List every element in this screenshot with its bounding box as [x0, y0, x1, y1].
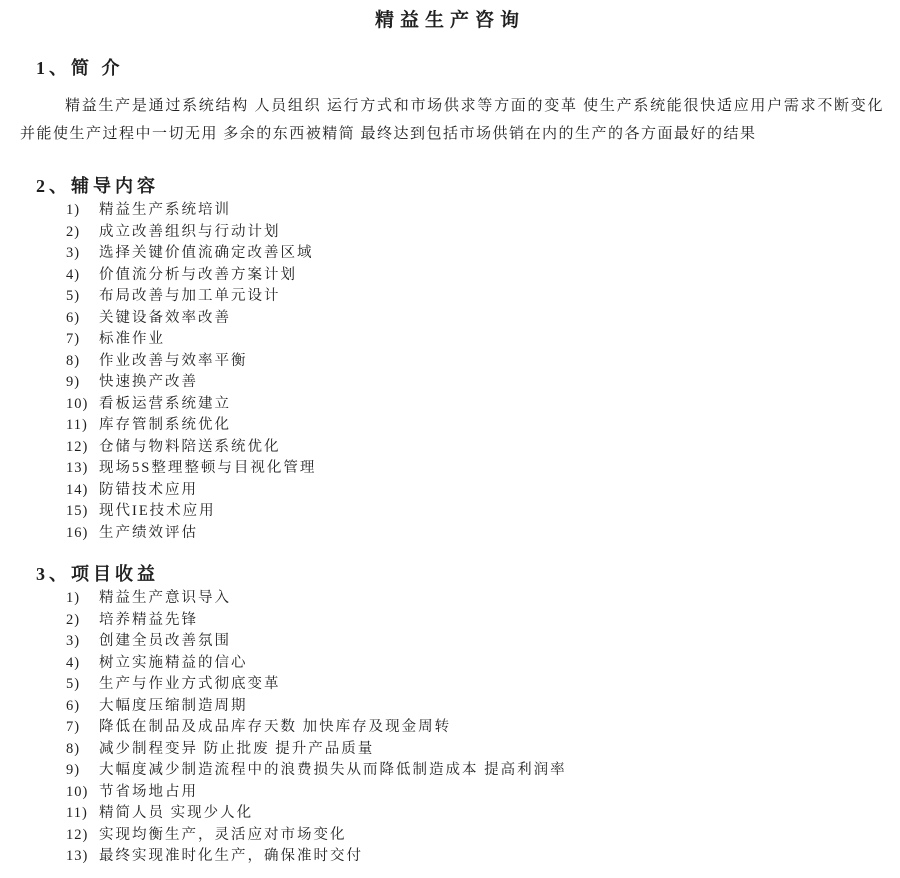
- list-item-number: 4): [66, 265, 99, 287]
- list-item-text: 精益生产系统培训: [99, 202, 231, 218]
- list-item: 6)关键设备效率改善: [66, 308, 900, 330]
- list-item-number: 6): [66, 696, 99, 718]
- list-item: 16)生产绩效评估: [66, 523, 900, 545]
- list-item: 4)树立实施精益的信心: [66, 653, 900, 675]
- section-benefits-heading: 3、项目收益: [36, 562, 900, 586]
- list-item-number: 7): [66, 329, 99, 351]
- list-item: 7)降低在制品及成品库存天数 加快库存及现金周转: [66, 717, 900, 739]
- list-item-text: 选择关键价值流确定改善区域: [99, 245, 314, 261]
- list-item-text: 关键设备效率改善: [99, 310, 231, 326]
- list-item-text: 减少制程变异 防止批废 提升产品质量: [99, 741, 374, 757]
- list-item-text: 生产绩效评估: [99, 525, 198, 541]
- list-item: 4)价值流分析与改善方案计划: [66, 265, 900, 287]
- list-item-text: 看板运营系统建立: [99, 396, 231, 412]
- list-item-text: 仓储与物料陪送系统优化: [99, 439, 281, 455]
- document-title: 精益生产咨询: [0, 0, 900, 34]
- list-item: 1)精益生产意识导入: [66, 588, 900, 610]
- list-item-text: 精益生产意识导入: [99, 590, 231, 606]
- section-coaching-heading: 2、辅导内容: [36, 174, 900, 198]
- list-item: 13)最终实现准时化生产，确保准时交付: [66, 846, 900, 868]
- list-item: 9)快速换产改善: [66, 372, 900, 394]
- list-item: 13)现场5S整理整顿与目视化管理: [66, 458, 900, 480]
- list-item-number: 2): [66, 610, 99, 632]
- list-item-number: 3): [66, 631, 99, 653]
- list-item-text: 精简人员 实现少人化: [99, 805, 253, 821]
- section-benefits: 3、项目收益 1)精益生产意识导入2)培养精益先锋3)创建全员改善氛围4)树立实…: [0, 562, 900, 868]
- list-item: 12)实现均衡生产，灵活应对市场变化: [66, 825, 900, 847]
- benefits-list: 1)精益生产意识导入2)培养精益先锋3)创建全员改善氛围4)树立实施精益的信心5…: [66, 588, 900, 868]
- list-item-number: 7): [66, 717, 99, 739]
- list-item-number: 10): [66, 394, 99, 416]
- list-item-number: 5): [66, 674, 99, 696]
- list-item-text: 现代IE技术应用: [99, 503, 216, 519]
- list-item-number: 14): [66, 480, 99, 502]
- list-item: 5)布局改善与加工单元设计: [66, 286, 900, 308]
- list-item-text: 大幅度压缩制造周期: [99, 698, 248, 714]
- list-item-number: 8): [66, 739, 99, 761]
- list-item: 3)创建全员改善氛围: [66, 631, 900, 653]
- list-item-text: 节省场地占用: [99, 784, 198, 800]
- list-item-number: 6): [66, 308, 99, 330]
- list-item-text: 现场5S整理整顿与目视化管理: [99, 460, 316, 476]
- list-item: 5)生产与作业方式彻底变革: [66, 674, 900, 696]
- section-intro-heading: 1、简 介: [36, 56, 900, 80]
- list-item-text: 防错技术应用: [99, 482, 198, 498]
- list-item-number: 4): [66, 653, 99, 675]
- list-item: 14)防错技术应用: [66, 480, 900, 502]
- list-item: 8)作业改善与效率平衡: [66, 351, 900, 373]
- list-item-text: 培养精益先锋: [99, 612, 198, 628]
- list-item-text: 生产与作业方式彻底变革: [99, 676, 281, 692]
- list-item: 9)大幅度减少制造流程中的浪费损失从而降低制造成本 提高利润率: [66, 760, 900, 782]
- list-item-text: 大幅度减少制造流程中的浪费损失从而降低制造成本 提高利润率: [99, 762, 567, 778]
- list-item: 6)大幅度压缩制造周期: [66, 696, 900, 718]
- list-item-text: 最终实现准时化生产，确保准时交付: [99, 848, 363, 864]
- list-item-text: 实现均衡生产，灵活应对市场变化: [99, 827, 347, 843]
- list-item-number: 12): [66, 437, 99, 459]
- list-item-number: 1): [66, 588, 99, 610]
- list-item-number: 11): [66, 803, 99, 825]
- list-item: 11)库存管制系统优化: [66, 415, 900, 437]
- list-item-number: 13): [66, 846, 99, 868]
- list-item-number: 9): [66, 760, 99, 782]
- document-page: 精益生产咨询 1、简 介 精益生产是通过系统结构 人员组织 运行方式和市场供求等…: [0, 0, 900, 878]
- list-item-text: 树立实施精益的信心: [99, 655, 248, 671]
- list-item: 2)成立改善组织与行动计划: [66, 222, 900, 244]
- list-item: 3)选择关键价值流确定改善区域: [66, 243, 900, 265]
- list-item-text: 作业改善与效率平衡: [99, 353, 248, 369]
- coaching-list: 1)精益生产系统培训2)成立改善组织与行动计划3)选择关键价值流确定改善区域4)…: [66, 200, 900, 544]
- list-item: 12)仓储与物料陪送系统优化: [66, 437, 900, 459]
- list-item-text: 创建全员改善氛围: [99, 633, 231, 649]
- list-item-number: 16): [66, 523, 99, 545]
- list-item: 7)标准作业: [66, 329, 900, 351]
- list-item-number: 9): [66, 372, 99, 394]
- list-item-text: 降低在制品及成品库存天数 加快库存及现金周转: [99, 719, 451, 735]
- list-item-number: 2): [66, 222, 99, 244]
- intro-paragraph: 精益生产是通过系统结构 人员组织 运行方式和市场供求等方面的变革 使生产系统能很…: [20, 92, 884, 148]
- list-item: 2)培养精益先锋: [66, 610, 900, 632]
- list-item: 10)看板运营系统建立: [66, 394, 900, 416]
- section-coaching: 2、辅导内容 1)精益生产系统培训2)成立改善组织与行动计划3)选择关键价值流确…: [0, 174, 900, 544]
- list-item-number: 5): [66, 286, 99, 308]
- list-item-number: 13): [66, 458, 99, 480]
- list-item: 10)节省场地占用: [66, 782, 900, 804]
- list-item-number: 12): [66, 825, 99, 847]
- list-item-number: 11): [66, 415, 99, 437]
- list-item-number: 10): [66, 782, 99, 804]
- list-item-text: 价值流分析与改善方案计划: [99, 267, 297, 283]
- list-item: 8)减少制程变异 防止批废 提升产品质量: [66, 739, 900, 761]
- list-item-text: 成立改善组织与行动计划: [99, 224, 281, 240]
- list-item: 15)现代IE技术应用: [66, 501, 900, 523]
- section-intro: 1、简 介 精益生产是通过系统结构 人员组织 运行方式和市场供求等方面的变革 使…: [0, 56, 900, 148]
- list-item: 11)精简人员 实现少人化: [66, 803, 900, 825]
- list-item-text: 快速换产改善: [99, 374, 198, 390]
- list-item-text: 标准作业: [99, 331, 165, 347]
- list-item-text: 库存管制系统优化: [99, 417, 231, 433]
- list-item-number: 8): [66, 351, 99, 373]
- list-item-number: 3): [66, 243, 99, 265]
- list-item: 1)精益生产系统培训: [66, 200, 900, 222]
- list-item-number: 15): [66, 501, 99, 523]
- list-item-number: 1): [66, 200, 99, 222]
- list-item-text: 布局改善与加工单元设计: [99, 288, 281, 304]
